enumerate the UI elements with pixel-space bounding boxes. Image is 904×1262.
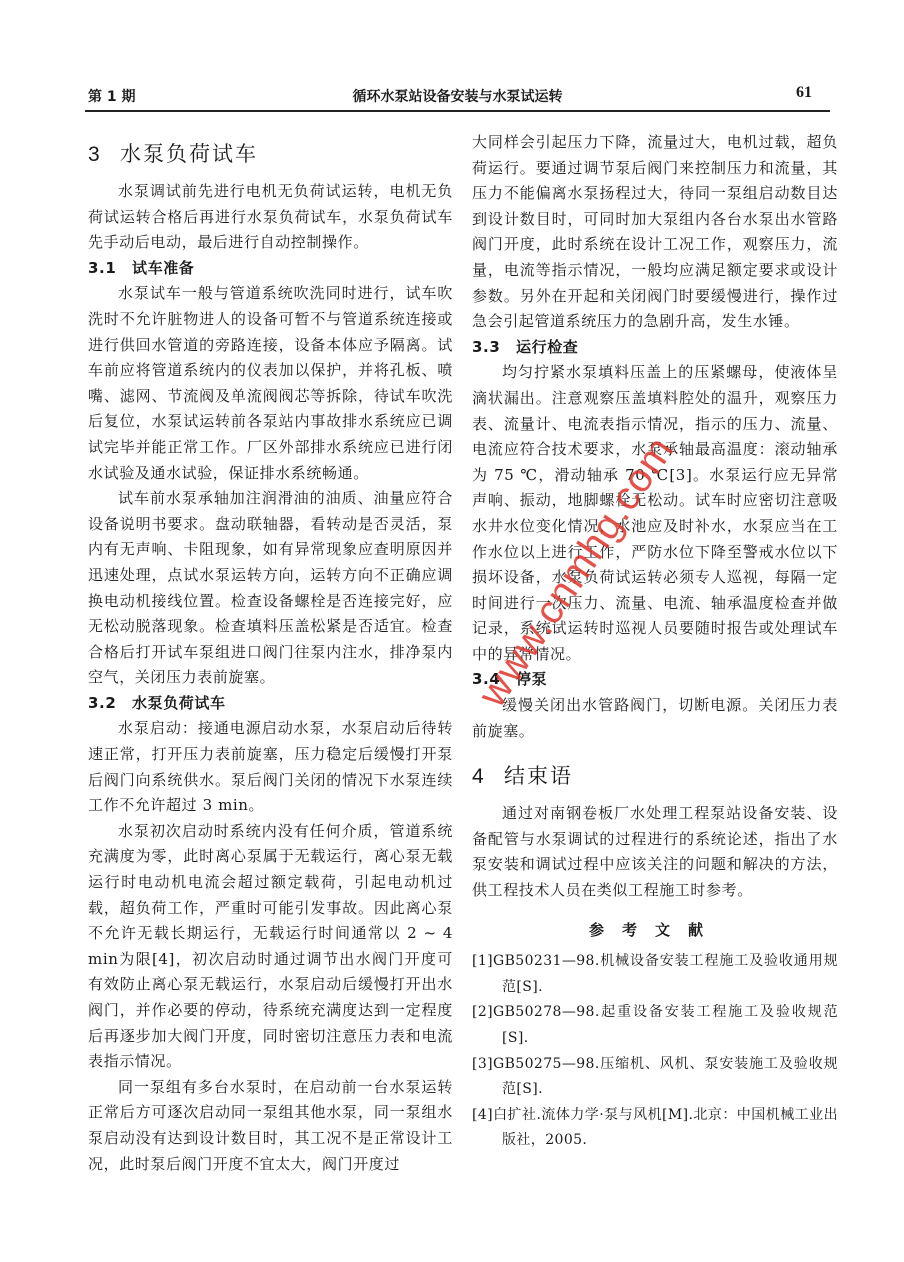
header-rule xyxy=(85,110,830,112)
references-heading: 参考文献 xyxy=(472,918,838,944)
section-title: 结束语 xyxy=(504,764,573,788)
running-title: 循环水泵站设备安装与水泵试运转 xyxy=(85,86,830,106)
paragraph-continuation: 大同样会引起压力下降，流量过大，电机过载，超负荷运行。要通过调节泵后阀门来控制压… xyxy=(472,130,838,335)
reference-item: [3]GB50275—98.压缩机、风机、泵安装施工及验收规范[S]. xyxy=(472,1052,838,1103)
subsection-title: 运行检查 xyxy=(516,338,578,356)
subsection-title: 水泵负荷试车 xyxy=(132,694,226,712)
reference-item: [2]GB50278—98.起重设备安装工程施工及验收规范[S]. xyxy=(472,1000,838,1051)
paragraph: 试车前水泵承轴加注润滑油的油质、油量应符合设备说明书要求。盘动联轴器，看转动是否… xyxy=(88,486,453,691)
paragraph: 水泵启动：接通电源启动水泵，水泵启动后待转速正常，打开压力表前旋塞，压力稳定后缓… xyxy=(88,716,453,818)
page-header: 第 1 期 循环水泵站设备安装与水泵试运转 61 xyxy=(85,84,830,112)
subsection-number: 3.2 xyxy=(88,691,132,717)
left-column: 3水泵负荷试车 水泵调试前先进行电机无负荷试运转，电机无负荷试运转合格后再进行水… xyxy=(88,132,453,1177)
paragraph: 水泵初次启动时系统内没有任何介质，管道系统充满度为零，此时离心泵属于无载运行，离… xyxy=(88,819,453,1075)
paragraph-continued: 同一泵组有多台水泵时，在启动前一台水泵运转正常后方可逐次启动同一泵组其他水泵，同… xyxy=(88,1075,453,1177)
paragraph: 水泵试车一般与管道系统吹洗同时进行，试车吹洗时不允许脏物进人的设备可暂不与管道系… xyxy=(88,281,453,486)
subsection-3-3-heading: 3.3运行检查 xyxy=(472,335,838,361)
section-3-intro: 水泵调试前先进行电机无负荷试运转，电机无负荷试运转合格后再进行水泵负荷试车，水泵… xyxy=(88,179,453,256)
subsection-3-1-heading: 3.1试车准备 xyxy=(88,256,453,282)
section-3-heading: 3水泵负荷试车 xyxy=(88,136,453,173)
section-number: 3 xyxy=(88,137,120,173)
reference-item: [4]白扩社.流体力学·泵与风机[M].北京：中国机械工业出版社，2005. xyxy=(472,1103,838,1154)
paragraph: 缓慢关闭出水管路阀门，切断电源。关闭压力表前旋塞。 xyxy=(472,693,838,744)
section-title: 水泵负荷试车 xyxy=(120,142,258,166)
section-4-heading: 4结束语 xyxy=(472,758,838,795)
subsection-title: 试车准备 xyxy=(132,259,194,277)
reference-item: [1]GB50231—98.机械设备安装工程施工及验收通用规范[S]. xyxy=(472,949,838,1000)
subsection-title: 停泵 xyxy=(516,670,547,688)
subsection-number: 3.4 xyxy=(472,667,516,693)
subsection-number: 3.3 xyxy=(472,335,516,361)
subsection-number: 3.1 xyxy=(88,256,132,282)
subsection-3-4-heading: 3.4停泵 xyxy=(472,667,838,693)
section-number: 4 xyxy=(472,759,504,795)
subsection-3-2-heading: 3.2水泵负荷试车 xyxy=(88,691,453,717)
page-number: 61 xyxy=(796,84,812,102)
paragraph: 通过对南钢卷板厂水处理工程泵站设备安装、设备配管与水泵调试的过程进行的系统论述，… xyxy=(472,801,838,903)
right-column: 大同样会引起压力下降，流量过大，电机过载，超负荷运行。要通过调节泵后阀门来控制压… xyxy=(472,130,838,1154)
paragraph: 均匀拧紧水泵填料压盖上的压紧螺母，使液体呈滴状漏出。注意观察压盖填料腔处的温升，… xyxy=(472,360,838,667)
